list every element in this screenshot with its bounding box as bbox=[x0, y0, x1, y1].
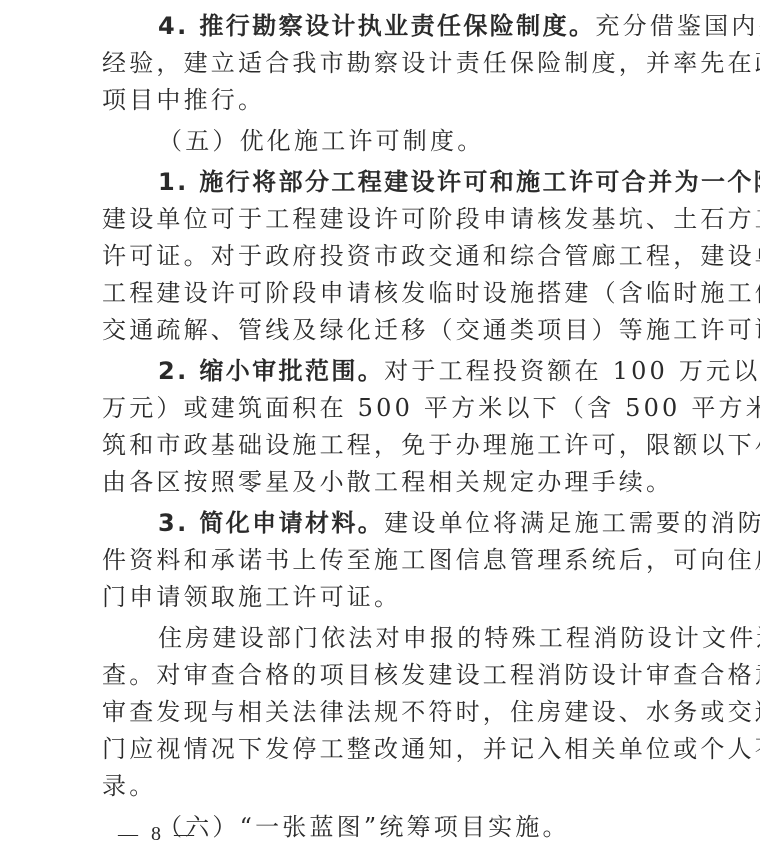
item-5-2-text: 对于工程投资额在 100 万元以下（含 100 bbox=[384, 357, 760, 385]
item-5-2-line-3: 筑和市政基础设施工程，免于办理施工许可，限额以下小型工程 bbox=[102, 427, 666, 464]
item-5-1-line-1: 建设单位可于工程建设许可阶段申请核发基坑、土石方工程施工 bbox=[102, 201, 666, 238]
item-5-1-heading: 1. 施行将部分工程建设许可和施工许可合并为一个阶段。 bbox=[102, 164, 666, 201]
review-line-1: 住房建设部门依法对申报的特殊工程消防设计文件进行审 bbox=[102, 620, 666, 657]
item-5-3-line-3: 门申请领取施工许可证。 bbox=[102, 579, 666, 616]
item-5-3-text: 建设单位将满足施工需要的消防设计文 bbox=[384, 509, 760, 537]
item-5-1-line-4: 交通疏解、管线及绿化迁移（交通类项目）等施工许可证。 bbox=[102, 312, 666, 349]
item-5-2-heading: 2. 缩小审批范围。 bbox=[158, 357, 384, 385]
item-5-1-line-3: 工程建设许可阶段申请核发临时设施搭建（含临时施工便道）、 bbox=[102, 275, 666, 312]
item-4-heading: 4. 推行勘察设计执业责任保险制度。 bbox=[158, 12, 595, 40]
item-5-2-line-1: 2. 缩小审批范围。对于工程投资额在 100 万元以下（含 100 bbox=[102, 353, 666, 390]
item-4-line-2: 经验，建立适合我市勘察设计责任保险制度，并率先在政府投资 bbox=[102, 45, 666, 82]
review-line-3: 审查发现与相关法律法规不符时，住房建设、水务或交通运输部 bbox=[102, 694, 666, 731]
item-5-3-line-1: 3. 简化申请材料。建设单位将满足施工需要的消防设计文 bbox=[102, 505, 666, 542]
item-5-3-heading: 3. 简化申请材料。 bbox=[158, 509, 384, 537]
item-5-2-line-4: 由各区按照零星及小散工程相关规定办理手续。 bbox=[102, 464, 666, 501]
item-4-text: 充分借鉴国内外成熟 bbox=[595, 12, 760, 40]
review-line-4: 门应视情况下发停工整改通知，并记入相关单位或个人不良记 bbox=[102, 731, 666, 768]
item-5-1-line-2: 许可证。对于政府投资市政交通和综合管廊工程，建设单位可于 bbox=[102, 238, 666, 275]
page-number: — 8 — bbox=[118, 823, 198, 846]
paragraph-item-4-line-1: 4. 推行勘察设计执业责任保险制度。充分借鉴国内外成熟 bbox=[102, 8, 666, 45]
review-line-2: 查。对审查合格的项目核发建设工程消防设计审查合格意见书， bbox=[102, 657, 666, 694]
section-5-heading: （五）优化施工许可制度。 bbox=[102, 123, 666, 160]
item-4-line-3: 项目中推行。 bbox=[102, 82, 666, 119]
document-page: 4. 推行勘察设计执业责任保险制度。充分借鉴国内外成熟 经验，建立适合我市勘察设… bbox=[102, 8, 666, 846]
item-5-2-line-2: 万元）或建筑面积在 500 平方米以下（含 500 平方米）的房屋建 bbox=[102, 390, 666, 427]
item-5-3-line-2: 件资料和承诺书上传至施工图信息管理系统后，可向住房建设部 bbox=[102, 542, 666, 579]
review-line-5: 录。 bbox=[102, 768, 666, 805]
